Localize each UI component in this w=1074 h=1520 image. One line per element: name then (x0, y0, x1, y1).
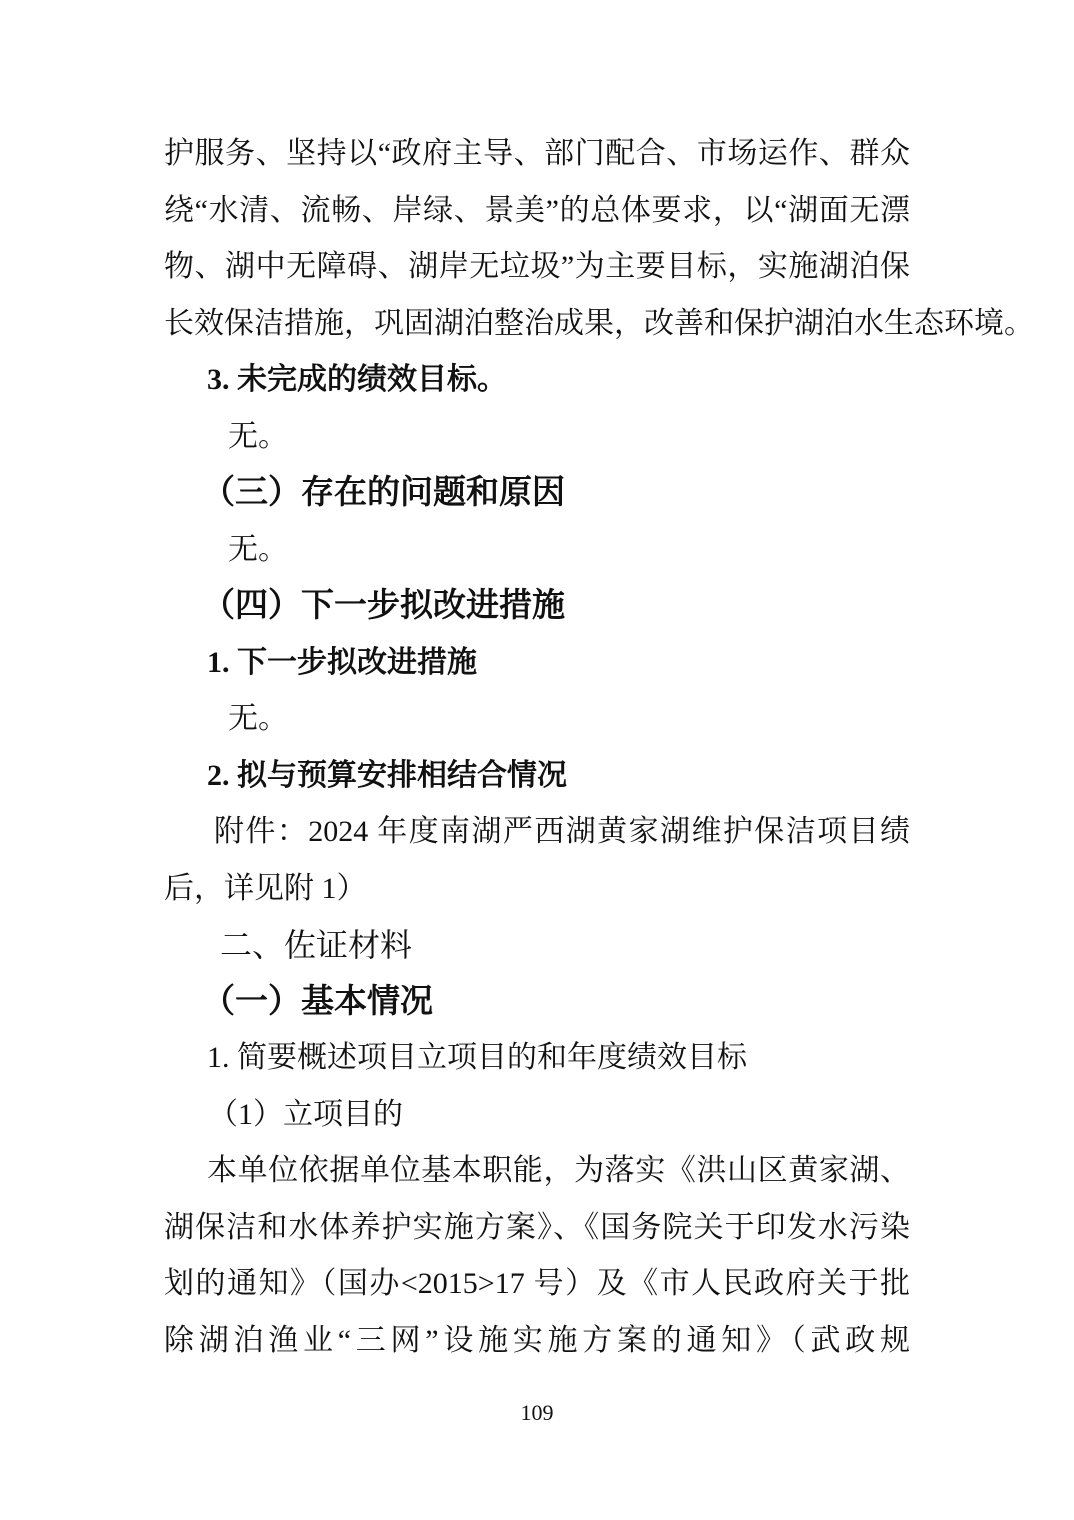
subheading-unfinished-goals: 3. 未完成的绩效目标。 (164, 352, 910, 409)
body-line: 护服务、坚持以“政府主导、部门配合、市场运作、群众参与”，围 (164, 126, 910, 183)
attachment-line: 附件：2024 年度南湖严西湖黄家湖维护保洁项目绩效自评表（附 (164, 804, 910, 861)
section-heading-next-steps: （四）下一步拟改进措施 (164, 578, 910, 635)
body-line: 除湖泊渔业“三网”设施实施方案的通知》（武政规[2016]17 号） (164, 1313, 910, 1370)
item-overview: 1. 简要概述项目立项目的和年度绩效目标 (164, 1030, 910, 1087)
none-text: 无。 (164, 691, 910, 748)
body-line: 物、湖中无障碍、湖岸无垃圾”为主要目标，实施湖泊保洁，并落实 (164, 239, 910, 296)
document-page: 护服务、坚持以“政府主导、部门配合、市场运作、群众参与”，围 绕“水清、流畅、岸… (0, 0, 1074, 1520)
subheading-budget-combination: 2. 拟与预算安排相结合情况 (164, 748, 910, 805)
section-heading-problems: （三）存在的问题和原因 (164, 465, 910, 522)
none-text: 无。 (164, 409, 910, 466)
page-number: 109 (0, 1398, 1074, 1428)
section-heading-basic-info: （一）基本情况 (164, 974, 910, 1031)
section-heading-evidence: 二、佐证材料 (164, 917, 910, 974)
item-project-purpose: （1）立项目的 (164, 1087, 910, 1144)
body-line: 划的通知》（国办<2015>17 号）及《市人民政府关于批转武汉市拆 (164, 1256, 910, 1313)
attachment-line: 后，详见附 1） (164, 861, 910, 918)
body-line: 绕“水清、流畅、岸绿、景美”的总体要求，以“湖面无漂浮、废弃 (164, 183, 910, 240)
body-line: 湖保洁和水体养护实施方案》、《国务院关于印发水污染防治行动计 (164, 1200, 910, 1257)
document-body: 护服务、坚持以“政府主导、部门配合、市场运作、群众参与”，围 绕“水清、流畅、岸… (164, 126, 910, 1369)
body-line: 长效保洁措施，巩固湖泊整治成果，改善和保护湖泊水生态环境。 (164, 296, 910, 353)
body-line: 本单位依据单位基本职能，为落实《洪山区黄家湖、严西湖、南 (164, 1143, 910, 1200)
subheading-next-measures: 1. 下一步拟改进措施 (164, 635, 910, 692)
none-text: 无。 (164, 522, 910, 579)
